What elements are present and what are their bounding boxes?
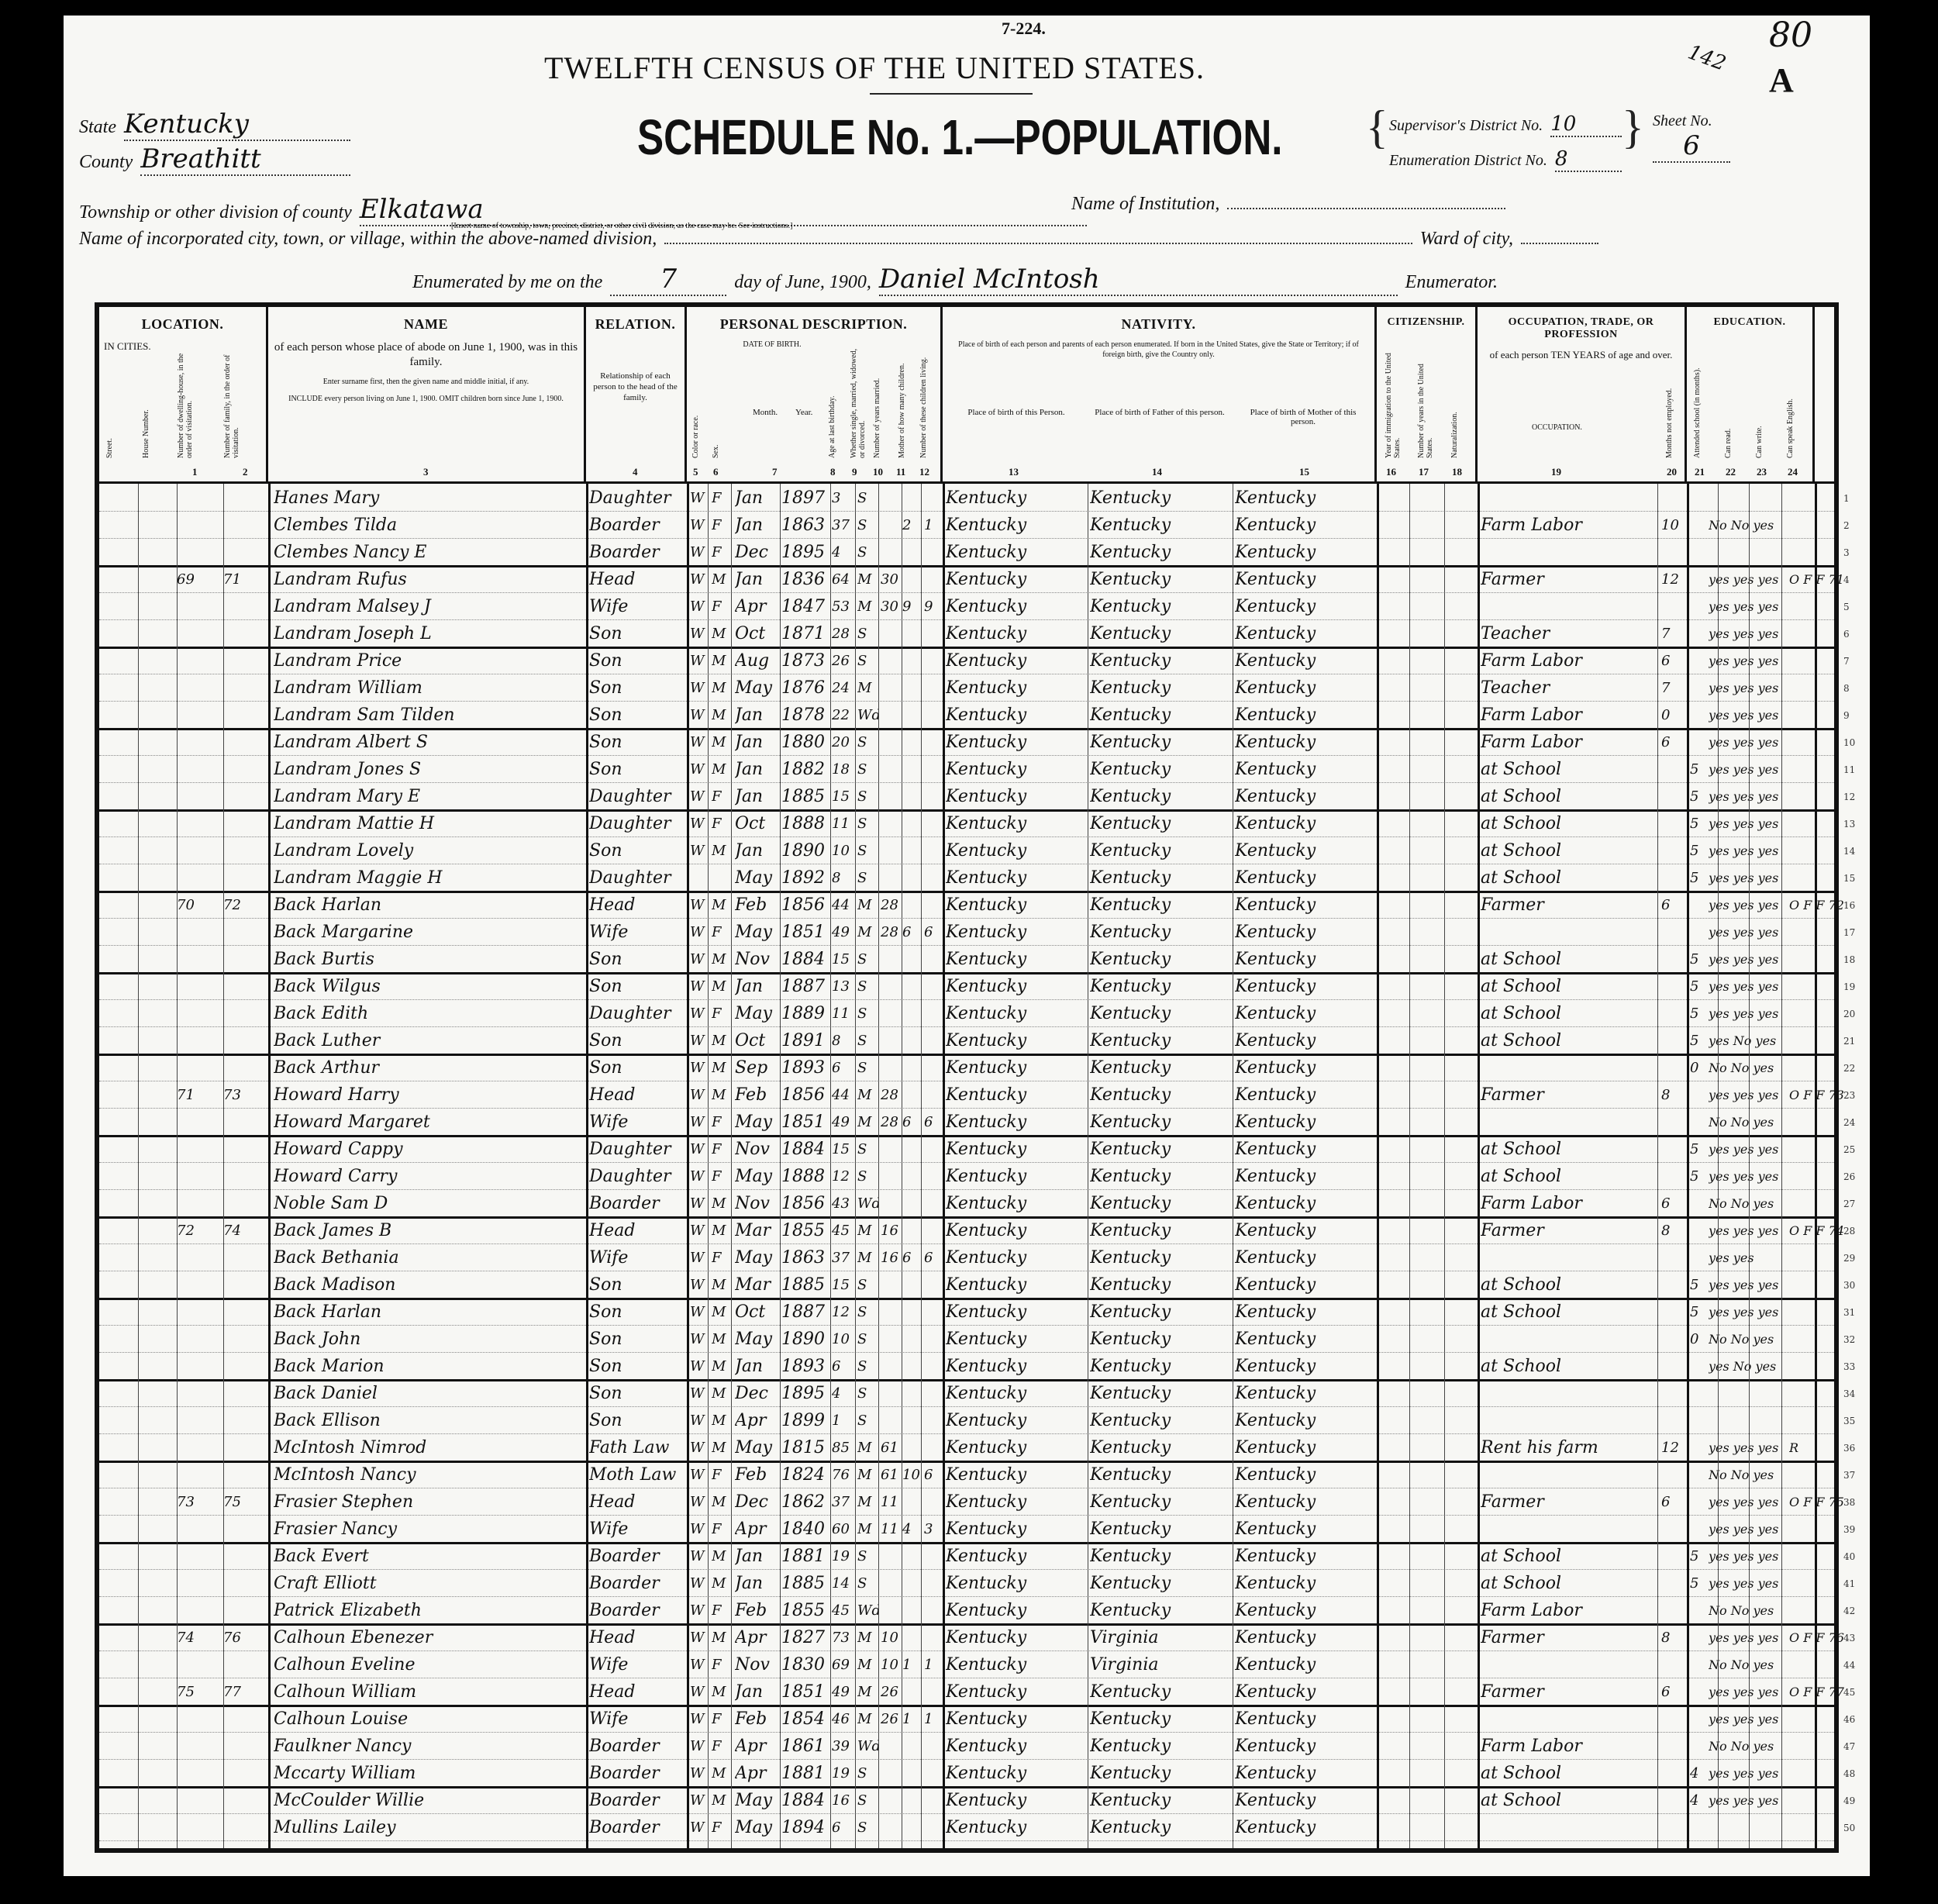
cell-pb: Kentucky xyxy=(946,701,1085,728)
cell-race: W xyxy=(690,918,709,945)
cell-rel: Son xyxy=(589,945,686,972)
cell-rel: Son xyxy=(589,1054,686,1081)
cell-ms: M xyxy=(857,1678,879,1705)
cell-own xyxy=(1789,674,1851,701)
cell-pb: Kentucky xyxy=(946,484,1085,511)
table-row: Noble Sam DBoarderWMNov185643WdKentuckyK… xyxy=(99,1189,1834,1219)
cell-mne: 10 xyxy=(1661,511,1685,538)
cell-mne xyxy=(1661,755,1685,782)
cell-cl xyxy=(924,1054,941,1081)
cell-pb: Kentucky xyxy=(946,945,1085,972)
cell-name: Howard Cappy xyxy=(274,1135,584,1162)
cell-age: 12 xyxy=(832,1298,857,1325)
line-number: 25 xyxy=(1843,1135,1867,1162)
table-row: Landram WilliamSonWMMay187624MKentuckyKe… xyxy=(99,674,1834,702)
cell-dw xyxy=(177,1108,216,1135)
cell-ym: 61 xyxy=(881,1433,902,1461)
table-row: Back MarionSonWMJan18936SKentuckyKentuck… xyxy=(99,1352,1834,1381)
cell-year: 1873 xyxy=(781,647,832,674)
table-row: Back BurtisSonWMNov188415SKentuckyKentuc… xyxy=(99,945,1834,974)
cell-cl xyxy=(924,619,941,647)
cell-dw xyxy=(177,647,216,674)
corner-page-number: 80 xyxy=(1769,16,1812,55)
column-divider xyxy=(1718,484,1719,1848)
cell-mb: Kentucky xyxy=(1235,484,1374,511)
cell-ms: S xyxy=(857,809,879,836)
cell-dw: 73 xyxy=(177,1488,216,1515)
table-row: Frasier NancyWifeWFApr184060M1143Kentuck… xyxy=(99,1515,1834,1544)
cell-ym xyxy=(881,864,902,891)
cell-month: Nov xyxy=(735,1189,781,1216)
cell-mb: Kentucky xyxy=(1235,1569,1374,1596)
cell-month: Feb xyxy=(735,1461,781,1488)
cell-mne xyxy=(1661,1325,1685,1352)
cell-dw xyxy=(177,701,216,728)
line-number: 20 xyxy=(1843,999,1867,1026)
cell-name: McCoulder Willie xyxy=(274,1786,584,1813)
cell-name: Landram Rufus xyxy=(274,565,584,592)
cell-fb: Kentucky xyxy=(1090,836,1229,864)
cell-ym xyxy=(881,1406,902,1433)
table-row: Landram Jones SSonWMJan188218SKentuckyKe… xyxy=(99,755,1834,783)
cell-ms: M xyxy=(857,592,879,619)
line-number: 48 xyxy=(1843,1759,1867,1786)
cell-name: Back Luther xyxy=(274,1026,584,1054)
line-number: 13 xyxy=(1843,809,1867,836)
cell-race: W xyxy=(690,1026,709,1054)
cell-pb: Kentucky xyxy=(946,1732,1085,1759)
cell-fb: Kentucky xyxy=(1090,511,1229,538)
district-brace-left: { xyxy=(1366,101,1388,154)
cell-race: W xyxy=(690,728,709,755)
cell-dw xyxy=(177,999,216,1026)
cell-ms: S xyxy=(857,1271,879,1298)
cell-age: 37 xyxy=(832,1488,857,1515)
cell-mb: Kentucky xyxy=(1235,1216,1374,1243)
cell-fb: Kentucky xyxy=(1090,1379,1229,1406)
cell-cl: 6 xyxy=(924,1243,941,1271)
cell-fam xyxy=(223,1596,262,1623)
cell-name: Landram Sam Tilden xyxy=(274,701,584,728)
cell-ym xyxy=(881,999,902,1026)
cell-cl xyxy=(924,1189,941,1216)
cell-own xyxy=(1789,809,1851,836)
cell-occ xyxy=(1481,1705,1659,1732)
cell-own xyxy=(1789,1026,1851,1054)
cell-mb: Kentucky xyxy=(1235,511,1374,538)
cell-race: W xyxy=(690,1081,709,1108)
line-number: 30 xyxy=(1843,1271,1867,1298)
cell-cl xyxy=(924,484,941,511)
cell-own xyxy=(1789,1243,1851,1271)
cell-age: 10 xyxy=(832,836,857,864)
cell-pb: Kentucky xyxy=(946,1705,1085,1732)
cell-rel: Boarder xyxy=(589,1569,686,1596)
column-divider xyxy=(687,484,689,1848)
cell-own xyxy=(1789,1596,1851,1623)
cell-own xyxy=(1789,1135,1851,1162)
cell-age: 49 xyxy=(832,918,857,945)
cell-dw xyxy=(177,511,216,538)
table-row: Back MargarineWifeWFMay185149M2866Kentuc… xyxy=(99,918,1834,946)
table-row: Clembes TildaBoarderWFJan186337S21Kentuc… xyxy=(99,511,1834,539)
table-row: Landram Sam TildenSonWMJan187822WdKentuc… xyxy=(99,701,1834,730)
cell-pb: Kentucky xyxy=(946,864,1085,891)
cell-rel: Son xyxy=(589,728,686,755)
cell-name: Back Evert xyxy=(274,1542,584,1569)
cell-age: 18 xyxy=(832,755,857,782)
line-number: 33 xyxy=(1843,1352,1867,1379)
cell-mne: 7 xyxy=(1661,674,1685,701)
cell-sex: F xyxy=(712,592,731,619)
cell-fam xyxy=(223,538,262,565)
cell-sch: 5 xyxy=(1690,999,1707,1026)
cell-month: Jan xyxy=(735,1542,781,1569)
cell-dw xyxy=(177,972,216,999)
cell-age: 64 xyxy=(832,565,857,592)
cell-cl xyxy=(924,1135,941,1162)
cell-age: 15 xyxy=(832,945,857,972)
cell-month: Jan xyxy=(735,972,781,999)
cell-mne xyxy=(1661,1461,1685,1488)
cell-pb: Kentucky xyxy=(946,1081,1085,1108)
cell-month: Nov xyxy=(735,1135,781,1162)
cell-mne: 6 xyxy=(1661,1678,1685,1705)
cell-sex: F xyxy=(712,1705,731,1732)
cell-rel: Daughter xyxy=(589,1162,686,1189)
cell-sex: F xyxy=(712,1650,731,1678)
cell-fb: Kentucky xyxy=(1090,1162,1229,1189)
cell-mb: Kentucky xyxy=(1235,701,1374,728)
cell-dw xyxy=(177,1569,216,1596)
cell-ms: S xyxy=(857,1569,879,1596)
cell-year: 1856 xyxy=(781,891,832,918)
table-row: Landram Maggie HDaughterMay18928SKentuck… xyxy=(99,864,1834,893)
cell-pb: Kentucky xyxy=(946,674,1085,701)
cell-fam xyxy=(223,647,262,674)
cell-mb: Kentucky xyxy=(1235,592,1374,619)
cell-pb: Kentucky xyxy=(946,1352,1085,1379)
cell-month: Apr xyxy=(735,1732,781,1759)
cell-mb: Kentucky xyxy=(1235,1108,1374,1135)
cell-pb: Kentucky xyxy=(946,1189,1085,1216)
cell-fam xyxy=(223,1352,262,1379)
cell-pb: Kentucky xyxy=(946,999,1085,1026)
cell-mb: Kentucky xyxy=(1235,647,1374,674)
cell-cl xyxy=(924,1623,941,1650)
cell-age: 37 xyxy=(832,1243,857,1271)
cell-mne xyxy=(1661,1135,1685,1162)
enumeration-label: Enumeration District No. xyxy=(1389,152,1547,170)
cell-year: 1847 xyxy=(781,592,832,619)
cell-cl xyxy=(924,1786,941,1813)
cell-ms: S xyxy=(857,1379,879,1406)
cell-mb: Kentucky xyxy=(1235,1461,1374,1488)
line-number: 31 xyxy=(1843,1298,1867,1325)
cell-occ: Farm Labor xyxy=(1481,1596,1659,1623)
cell-ym: 28 xyxy=(881,918,902,945)
cell-sex: M xyxy=(712,701,731,728)
cell-sex: M xyxy=(712,755,731,782)
cell-month: May xyxy=(735,1786,781,1813)
cell-name: Calhoun Louise xyxy=(274,1705,584,1732)
cell-age: 39 xyxy=(832,1732,857,1759)
cell-dw xyxy=(177,1271,216,1298)
cell-month: Oct xyxy=(735,1026,781,1054)
cell-own xyxy=(1789,1732,1851,1759)
cell-fam xyxy=(223,1243,262,1271)
cell-race: W xyxy=(690,538,709,565)
cell-occ: at School xyxy=(1481,782,1659,809)
cell-sch xyxy=(1690,1216,1707,1243)
line-number: 23 xyxy=(1843,1081,1867,1108)
cell-sex: F xyxy=(712,1732,731,1759)
cell-year: 1885 xyxy=(781,782,832,809)
cell-year: 1815 xyxy=(781,1433,832,1461)
line-number: 11 xyxy=(1843,755,1867,782)
cell-race: W xyxy=(690,1216,709,1243)
cell-cl: 1 xyxy=(924,1650,941,1678)
cell-race: W xyxy=(690,1488,709,1515)
cell-sch xyxy=(1690,1433,1707,1461)
cell-name: Patrick Elizabeth xyxy=(274,1596,584,1623)
cell-ms: S xyxy=(857,619,879,647)
line-number: 37 xyxy=(1843,1461,1867,1488)
cell-mb: Kentucky xyxy=(1235,1678,1374,1705)
cell-age: 85 xyxy=(832,1433,857,1461)
cell-fb: Kentucky xyxy=(1090,1054,1229,1081)
cell-dw: 69 xyxy=(177,565,216,592)
line-number: 41 xyxy=(1843,1569,1867,1596)
cell-sex: F xyxy=(712,1596,731,1623)
cell-ym: 10 xyxy=(881,1623,902,1650)
cell-name: Noble Sam D xyxy=(274,1189,584,1216)
cell-fb: Virginia xyxy=(1090,1650,1229,1678)
cell-own xyxy=(1789,1271,1851,1298)
cell-name: Back Arthur xyxy=(274,1054,584,1081)
cell-pb: Kentucky xyxy=(946,511,1085,538)
cell-age: 46 xyxy=(832,1705,857,1732)
cell-pb: Kentucky xyxy=(946,1108,1085,1135)
cell-pb: Kentucky xyxy=(946,1406,1085,1433)
header-occupation: OCCUPATION, TRADE, OR PROFESSION of each… xyxy=(1478,307,1687,481)
cell-fb: Kentucky xyxy=(1090,1352,1229,1379)
cell-fam xyxy=(223,1461,262,1488)
cell-dw xyxy=(177,484,216,511)
cell-pb: Kentucky xyxy=(946,1759,1085,1786)
cell-occ: Teacher xyxy=(1481,619,1659,647)
cell-ym: 26 xyxy=(881,1705,902,1732)
cell-cl xyxy=(924,1569,941,1596)
cell-name: Back Marion xyxy=(274,1352,584,1379)
cell-occ: at School xyxy=(1481,1542,1659,1569)
cell-sch xyxy=(1690,1243,1707,1271)
cell-dw xyxy=(177,1352,216,1379)
cell-rel: Head xyxy=(589,565,686,592)
cell-cl xyxy=(924,945,941,972)
cell-rel: Head xyxy=(589,1678,686,1705)
cell-name: Landram Joseph L xyxy=(274,619,584,647)
cell-ms: S xyxy=(857,1352,879,1379)
cell-fb: Kentucky xyxy=(1090,1678,1229,1705)
cell-sex: M xyxy=(712,1786,731,1813)
cell-sch xyxy=(1690,674,1707,701)
cell-sch xyxy=(1690,1189,1707,1216)
line-number: 10 xyxy=(1843,728,1867,755)
cell-race: W xyxy=(690,1379,709,1406)
cell-name: Back James B xyxy=(274,1216,584,1243)
cell-own xyxy=(1789,1813,1851,1840)
cell-age: 43 xyxy=(832,1189,857,1216)
cell-sex: F xyxy=(712,538,731,565)
cell-name: Landram Jones S xyxy=(274,755,584,782)
form-number: 7-224. xyxy=(1002,19,1046,39)
cell-dw xyxy=(177,1054,216,1081)
cell-ms: S xyxy=(857,1542,879,1569)
cell-age: 37 xyxy=(832,511,857,538)
cell-name: Landram Price xyxy=(274,647,584,674)
cell-occ xyxy=(1481,918,1659,945)
cell-occ: at School xyxy=(1481,1135,1659,1162)
cell-age: 19 xyxy=(832,1759,857,1786)
cell-fam xyxy=(223,1759,262,1786)
cell-age: 44 xyxy=(832,891,857,918)
cell-age: 11 xyxy=(832,999,857,1026)
cell-sex: F xyxy=(712,1243,731,1271)
cell-mb: Kentucky xyxy=(1235,538,1374,565)
cell-sex: M xyxy=(712,1352,731,1379)
cell-sex: M xyxy=(712,1189,731,1216)
cell-ym xyxy=(881,1813,902,1840)
cell-fb: Kentucky xyxy=(1090,1135,1229,1162)
cell-age: 69 xyxy=(832,1650,857,1678)
cell-sch: 5 xyxy=(1690,755,1707,782)
cell-ym xyxy=(881,1542,902,1569)
cell-occ: at School xyxy=(1481,755,1659,782)
cell-mne xyxy=(1661,592,1685,619)
cell-name: Back Margarine xyxy=(274,918,584,945)
cell-month: Apr xyxy=(735,1759,781,1786)
cell-mne xyxy=(1661,1596,1685,1623)
cell-dw xyxy=(177,1026,216,1054)
header-citizenship: CITIZENSHIP. Year of immigration to the … xyxy=(1377,307,1478,481)
table-row: McCoulder WillieBoarderWMMay188416SKentu… xyxy=(99,1786,1834,1814)
line-number: 6 xyxy=(1843,619,1867,647)
cell-race: W xyxy=(690,1596,709,1623)
column-divider xyxy=(1749,484,1750,1848)
cell-mb: Kentucky xyxy=(1235,1650,1374,1678)
cell-own: O F F 74 xyxy=(1789,1216,1851,1243)
cell-dw xyxy=(177,918,216,945)
cell-ms: M xyxy=(857,1216,879,1243)
cell-ms: M xyxy=(857,1243,879,1271)
cell-year: 1890 xyxy=(781,836,832,864)
cell-dw xyxy=(177,674,216,701)
cell-rel: Son xyxy=(589,1406,686,1433)
cell-sch: 5 xyxy=(1690,1162,1707,1189)
cell-occ: Farmer xyxy=(1481,1488,1659,1515)
cell-mb: Kentucky xyxy=(1235,1732,1374,1759)
cell-mne xyxy=(1661,836,1685,864)
cell-rel: Son xyxy=(589,647,686,674)
cell-month: Jan xyxy=(735,565,781,592)
cell-mb: Kentucky xyxy=(1235,918,1374,945)
cell-fb: Kentucky xyxy=(1090,1705,1229,1732)
cell-age: 15 xyxy=(832,1271,857,1298)
cell-fb: Kentucky xyxy=(1090,782,1229,809)
cell-sex: F xyxy=(712,782,731,809)
cell-fam xyxy=(223,728,262,755)
cell-mne: 6 xyxy=(1661,647,1685,674)
cell-month: Jan xyxy=(735,701,781,728)
cell-sch xyxy=(1690,1406,1707,1433)
cell-sch xyxy=(1690,1705,1707,1732)
cell-rel: Son xyxy=(589,755,686,782)
cell-age: 53 xyxy=(832,592,857,619)
cell-sex: M xyxy=(712,1759,731,1786)
cell-sch xyxy=(1690,565,1707,592)
cell-ms: M xyxy=(857,918,879,945)
cell-sch xyxy=(1690,1678,1707,1705)
cell-ym xyxy=(881,972,902,999)
cell-sch xyxy=(1690,1081,1707,1108)
cell-rel: Head xyxy=(589,1081,686,1108)
cell-mne xyxy=(1661,1352,1685,1379)
cell-mb: Kentucky xyxy=(1235,1325,1374,1352)
cell-year: 1887 xyxy=(781,972,832,999)
cell-ym: 30 xyxy=(881,565,902,592)
cell-dw xyxy=(177,755,216,782)
cell-year: 1892 xyxy=(781,864,832,891)
cell-mne xyxy=(1661,1813,1685,1840)
cell-sch xyxy=(1690,1813,1707,1840)
cell-ym: 11 xyxy=(881,1488,902,1515)
cell-age: 28 xyxy=(832,619,857,647)
cell-dw xyxy=(177,1596,216,1623)
cell-cl xyxy=(924,538,941,565)
cell-ms: S xyxy=(857,647,879,674)
table-row: Landram Joseph LSonWMOct187128SKentuckyK… xyxy=(99,619,1834,649)
cell-mb: Kentucky xyxy=(1235,619,1374,647)
cell-sch xyxy=(1690,891,1707,918)
cell-name: Landram William xyxy=(274,674,584,701)
cell-fb: Kentucky xyxy=(1090,1542,1229,1569)
line-number: 40 xyxy=(1843,1542,1867,1569)
cell-mne xyxy=(1661,484,1685,511)
column-divider xyxy=(586,484,588,1848)
cell-sch: 5 xyxy=(1690,782,1707,809)
cell-rel: Son xyxy=(589,619,686,647)
cell-name: Clembes Nancy E xyxy=(274,538,584,565)
cell-sch xyxy=(1690,728,1707,755)
cell-mne: 8 xyxy=(1661,1216,1685,1243)
cell-ym: 28 xyxy=(881,891,902,918)
cell-sch: 0 xyxy=(1690,1054,1707,1081)
line-number: 38 xyxy=(1843,1488,1867,1515)
cell-name: Hanes Mary xyxy=(274,484,584,511)
cell-race: W xyxy=(690,1813,709,1840)
cell-race: W xyxy=(690,1243,709,1271)
cell-own xyxy=(1789,999,1851,1026)
column-divider xyxy=(830,484,831,1848)
cell-mne: 6 xyxy=(1661,728,1685,755)
cell-age: 1 xyxy=(832,1406,857,1433)
cell-mb: Kentucky xyxy=(1235,1433,1374,1461)
cell-year: 1856 xyxy=(781,1189,832,1216)
cell-race: W xyxy=(690,1705,709,1732)
cell-ms: S xyxy=(857,1298,879,1325)
cell-own xyxy=(1789,1542,1851,1569)
